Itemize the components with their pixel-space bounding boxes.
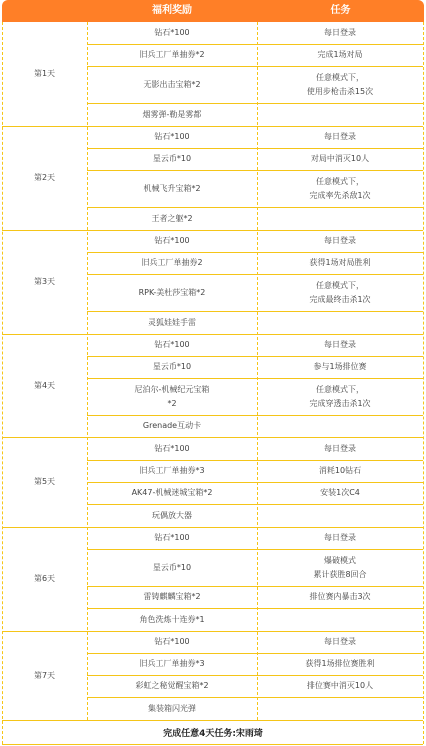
- reward-cell: 灵狐娃娃手雷: [87, 311, 257, 334]
- task-cell: [257, 504, 423, 527]
- task-cell: 消耗10钻石: [257, 460, 423, 482]
- row-divider: [87, 608, 423, 609]
- task-cell: 任意模式下， 完成率先杀敌1次: [257, 170, 423, 207]
- row-divider: [87, 274, 423, 275]
- task-cell: 任意模式下， 完成最终击杀1次: [257, 274, 423, 311]
- day-label: 第2天: [2, 126, 87, 230]
- task-cell: 每日登录: [257, 126, 423, 148]
- task-cell: 参与1场排位赛: [257, 356, 423, 378]
- row-divider: [87, 460, 423, 461]
- row-divider: [87, 675, 423, 676]
- day-label: 第1天: [2, 22, 87, 126]
- reward-cell: 玩偶放大器: [87, 504, 257, 527]
- task-cell: 每日登录: [257, 334, 423, 356]
- reward-cell: 王者之躯*2: [87, 207, 257, 230]
- row-divider: [87, 207, 423, 208]
- task-cell: 排位赛中消灭10人: [257, 675, 423, 697]
- day-label: 第6天: [2, 527, 87, 631]
- reward-cell: 旧兵工厂单抽券*2: [87, 44, 257, 66]
- task-cell: 获得1场排位赛胜利: [257, 653, 423, 675]
- row-divider: [87, 504, 423, 505]
- footer-note: 完成任意4天任务:宋雨琦: [2, 720, 424, 744]
- task-cell: [257, 311, 423, 334]
- task-cell: 每日登录: [257, 527, 423, 549]
- row-divider: [87, 103, 423, 104]
- row-divider: [87, 653, 423, 654]
- reward-cell: 彩虹之秘觉醒宝箱*2: [87, 675, 257, 697]
- row-divider: [87, 356, 423, 357]
- task-cell: [257, 608, 423, 631]
- row-divider: [87, 482, 423, 483]
- day-label: 第3天: [2, 230, 87, 334]
- reward-cell: 旧兵工厂单抽券*3: [87, 653, 257, 675]
- row-divider: [87, 311, 423, 312]
- row-divider: [87, 148, 423, 149]
- row-divider: [87, 415, 423, 416]
- reward-column-header: 福利奖励: [87, 0, 257, 22]
- task-cell: 每日登录: [257, 230, 423, 252]
- reward-cell: 无影出击宝箱*2: [87, 66, 257, 103]
- row-divider: [87, 252, 423, 253]
- row-divider: [87, 697, 423, 698]
- reward-cell: Grenade互动卡: [87, 415, 257, 437]
- task-cell: 任意模式下， 使用步枪击杀15次: [257, 66, 423, 103]
- reward-cell: 旧兵工厂单抽券*3: [87, 460, 257, 482]
- task-cell: 排位赛内暴击3次: [257, 586, 423, 608]
- row-divider: [87, 378, 423, 379]
- reward-cell: 钻石*100: [87, 527, 257, 549]
- right-border: [423, 22, 424, 744]
- reward-cell: 星云币*10: [87, 356, 257, 378]
- reward-cell: 钻石*100: [87, 631, 257, 653]
- task-cell: [257, 103, 423, 126]
- bottom-border: [2, 744, 423, 745]
- task-cell: 安装1次C4: [257, 482, 423, 504]
- task-cell: 对局中消灭10人: [257, 148, 423, 170]
- row-divider: [87, 170, 423, 171]
- reward-cell: 星云币*10: [87, 148, 257, 170]
- table-header: 福利奖励 任务: [2, 0, 424, 22]
- day-label: 第5天: [2, 437, 87, 527]
- day-label: 第7天: [2, 631, 87, 720]
- reward-cell: 星云币*10: [87, 549, 257, 586]
- task-cell: [257, 415, 423, 437]
- reward-cell: RPK-美杜莎宝箱*2: [87, 274, 257, 311]
- task-cell: [257, 697, 423, 720]
- task-cell: 任意模式下， 完成穿透击杀1次: [257, 378, 423, 415]
- task-cell: 爆破模式 累计获胜8回合: [257, 549, 423, 586]
- row-divider: [87, 586, 423, 587]
- reward-cell: 钻石*100: [87, 334, 257, 356]
- reward-cell: 集装箱闪光弹: [87, 697, 257, 720]
- reward-cell: AK47-机械迷城宝箱*2: [87, 482, 257, 504]
- row-divider: [87, 549, 423, 550]
- reward-cell: 雷铸麒麟宝箱*2: [87, 586, 257, 608]
- task-cell: 完成1场对局: [257, 44, 423, 66]
- reward-cell: 钻石*100: [87, 22, 257, 44]
- reward-cell: 烟雾弹-勒是雾都: [87, 103, 257, 126]
- task-cell: [257, 207, 423, 230]
- reward-cell: 机械飞升宝箱*2: [87, 170, 257, 207]
- reward-cell: 钻石*100: [87, 230, 257, 252]
- task-cell: 每日登录: [257, 22, 423, 44]
- task-cell: 每日登录: [257, 631, 423, 653]
- task-cell: 获得1场对局胜利: [257, 252, 423, 274]
- task-cell: 每日登录: [257, 437, 423, 460]
- day-label: 第4天: [2, 334, 87, 437]
- reward-cell: 尼泊尔-机械纪元宝箱 *2: [87, 378, 257, 415]
- reward-cell: 钻石*100: [87, 437, 257, 460]
- reward-cell: 角色洗炼十连券*1: [87, 608, 257, 631]
- task-column-header: 任务: [257, 0, 424, 22]
- row-divider: [87, 66, 423, 67]
- reward-cell: 旧兵工厂单抽券2: [87, 252, 257, 274]
- row-divider: [87, 44, 423, 45]
- reward-cell: 钻石*100: [87, 126, 257, 148]
